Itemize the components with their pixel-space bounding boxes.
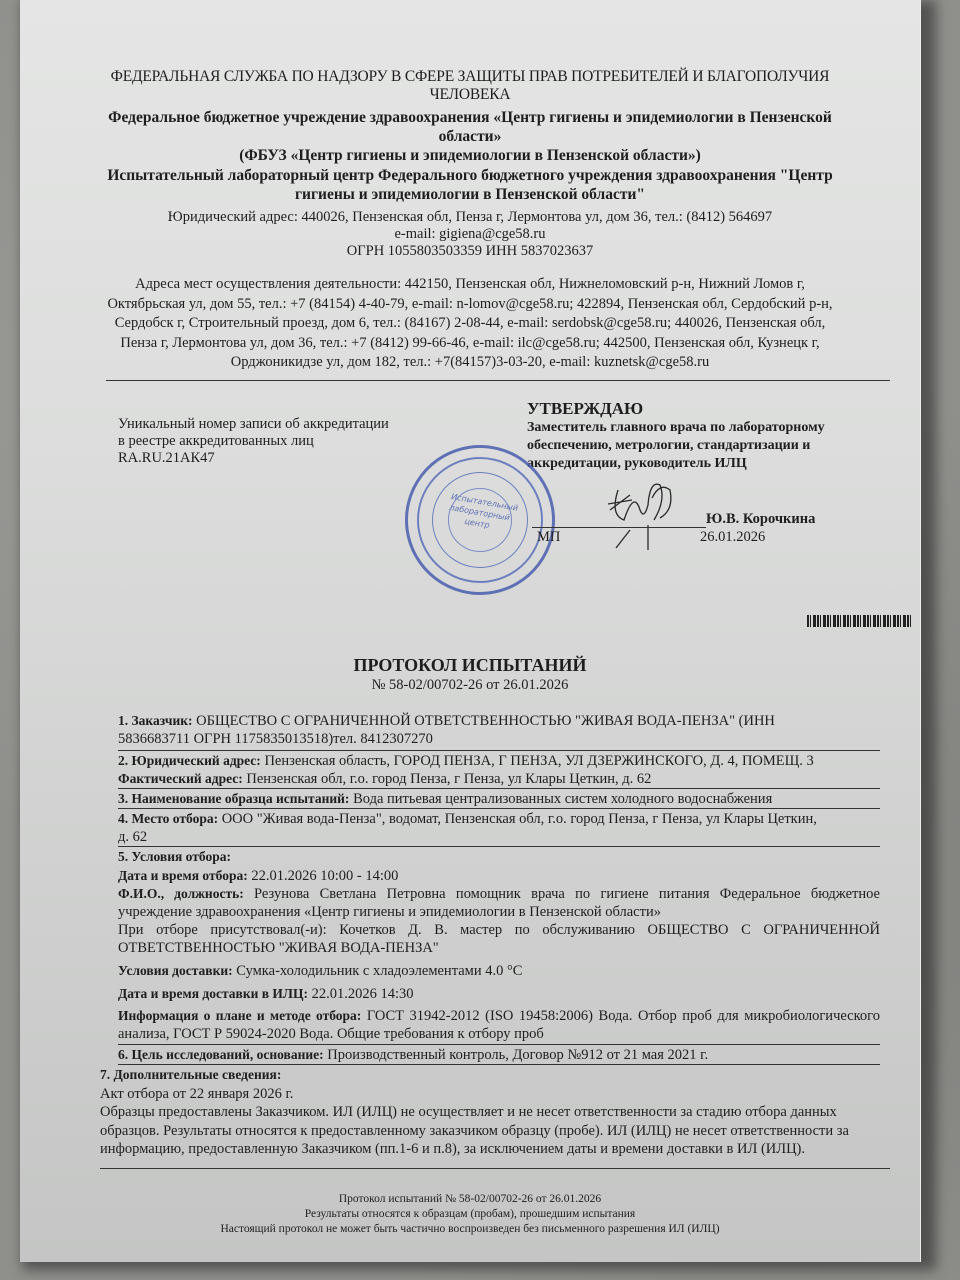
sample-value: Вода питьевая централизованных систем хо… xyxy=(353,791,772,807)
actual-address-label: Фактический адрес: xyxy=(118,771,243,786)
accreditation-line-2: в реестре аккредитованных лиц xyxy=(118,433,389,450)
sampling-datetime-label: Дата и время отбора: xyxy=(118,868,248,883)
activity-address-line: Октябрьская ул, дом 55, тел.: +7 (84154)… xyxy=(20,295,920,315)
agency-header: ФЕДЕРАЛЬНАЯ СЛУЖБА ПО НАДЗОРУ В СФЕРЕ ЗА… xyxy=(20,68,920,104)
sample-label: 3. Наименование образца испытаний: xyxy=(118,791,349,806)
institution-short: (ФБУЗ «Центр гигиены и эпидемиологии в П… xyxy=(20,146,920,165)
email: e-mail: gigiena@cge58.ru xyxy=(20,226,920,243)
section-actual-address: Фактический адрес: Пензенская обл, г.о. … xyxy=(118,770,880,788)
footer-line-1: Протокол испытаний № 58-02/00702-26 от 2… xyxy=(20,1192,920,1207)
activity-address-line: Орджоникидзе ул, дом 182, тел.: +7(84157… xyxy=(20,353,920,373)
customer-label: 1. Заказчик: xyxy=(118,713,193,728)
footer-line-3: Настоящий протокол не может быть частичн… xyxy=(20,1222,920,1237)
delivery-conditions-value: Сумка-холодильник с хладоэлементами 4.0 … xyxy=(236,963,522,979)
protocol-number: № 58-02/00702-26 от 26.01.2026 xyxy=(20,677,920,694)
institution-line-2: области» xyxy=(20,127,920,146)
stamp-mark: МП xyxy=(537,529,560,546)
sampling-plan-info: Информация о плане и методе отбора: ГОСТ… xyxy=(118,1007,880,1043)
delivery-datetime-label: Дата и время доставки в ИЛЦ: xyxy=(118,986,308,1001)
section-legal-address: 2. Юридический адрес: Пензенская область… xyxy=(118,752,880,770)
lab-header: Испытательный лабораторный центр Федерал… xyxy=(20,166,920,204)
legal-address-block: Юридический адрес: 440026, Пензенская об… xyxy=(20,209,920,260)
agency-line-1: ФЕДЕРАЛЬНАЯ СЛУЖБА ПО НАДЗОРУ В СФЕРЕ ЗА… xyxy=(20,68,920,86)
document-page: ФЕДЕРАЛЬНАЯ СЛУЖБА ПО НАДЗОРУ В СФЕРЕ ЗА… xyxy=(20,0,921,1262)
institution-header: Федеральное бюджетное учреждение здравоо… xyxy=(20,108,920,165)
activity-addresses: Адреса мест осуществления деятельности: … xyxy=(20,275,920,373)
delivery-datetime-value: 22.01.2026 14:30 xyxy=(312,986,414,1002)
accreditation-line-1: Уникальный номер записи об аккредитации xyxy=(118,416,389,433)
customer-value: ОБЩЕСТВО С ОГРАНИЧЕННОЙ ОТВЕТСТВЕННОСТЬЮ… xyxy=(196,713,775,729)
extra-label: 7. Дополнительные сведения: xyxy=(100,1067,281,1082)
institution-line-1: Федеральное бюджетное учреждение здравоо… xyxy=(20,108,920,127)
accreditation-block: Уникальный номер записи об аккредитации … xyxy=(118,416,389,467)
accreditation-number: RA.RU.21АК47 xyxy=(118,450,389,467)
delivery-datetime: Дата и время доставки в ИЛЦ: 22.01.2026 … xyxy=(118,985,880,1003)
section-customer: 1. Заказчик: ОБЩЕСТВО С ОГРАНИЧЕННОЙ ОТВ… xyxy=(118,712,880,748)
delivery-conditions-label: Условия доставки: xyxy=(118,963,233,978)
delivery-conditions: Условия доставки: Сумка-холодильник с хл… xyxy=(118,962,880,980)
present-persons: При отборе присутствовал(-и): Кочетков Д… xyxy=(118,921,880,957)
approval-date: 26.01.2026 xyxy=(700,529,765,546)
approval-title: УТВЕРЖДАЮ xyxy=(527,399,643,419)
approval-position-line: обеспечению, метрологии, стандартизации … xyxy=(527,437,825,455)
section-divider xyxy=(118,808,880,809)
section-sampling-place: 4. Место отбора: ООО "Живая вода-Пенза",… xyxy=(118,810,880,846)
approval-position-line: Заместитель главного врача по лабораторн… xyxy=(527,419,825,437)
section-purpose: 6. Цель исследований, основание: Произво… xyxy=(118,1046,880,1064)
section-divider xyxy=(118,1064,880,1065)
section-divider xyxy=(118,788,880,789)
agency-line-2: ЧЕЛОВЕКА xyxy=(20,86,920,104)
conditions-label: 5. Условия отбора: xyxy=(118,849,231,864)
extra-text: Образцы предоставлены Заказчиком. ИЛ (ИЛ… xyxy=(100,1103,890,1159)
extra-act: Акт отбора от 22 января 2026 г. xyxy=(100,1085,890,1104)
section-divider xyxy=(100,1168,890,1169)
legal-address-label: 2. Юридический адрес: xyxy=(118,753,261,768)
header-divider xyxy=(106,380,890,381)
signer-name: Ю.В. Корочкина xyxy=(706,511,815,528)
sampling-datetime: Дата и время отбора: 22.01.2026 10:00 - … xyxy=(118,867,880,885)
purpose-value: Производственный контроль, Договор №912 … xyxy=(327,1047,708,1063)
purpose-label: 6. Цель исследований, основание: xyxy=(118,1047,324,1062)
activity-address-line: Адреса мест осуществления деятельности: … xyxy=(20,275,920,295)
person-label: Ф.И.О., должность: xyxy=(118,886,244,901)
section-conditions: 5. Условия отбора: xyxy=(118,848,880,866)
legal-address-value: Пензенская область, ГОРОД ПЕНЗА, Г ПЕНЗА… xyxy=(264,753,813,769)
legal-address: Юридический адрес: 440026, Пензенская об… xyxy=(20,209,920,226)
lab-line-1: Испытательный лабораторный центр Федерал… xyxy=(20,166,920,185)
page-footer: Протокол испытаний № 58-02/00702-26 от 2… xyxy=(20,1192,920,1237)
section-additional-info: 7. Дополнительные сведения: Акт отбора о… xyxy=(100,1066,890,1159)
section-sample-name: 3. Наименование образца испытаний: Вода … xyxy=(118,790,880,808)
approval-position: Заместитель главного врача по лабораторн… xyxy=(527,419,825,473)
plan-label: Информация о плане и методе отбора: xyxy=(118,1008,361,1023)
signature-line xyxy=(532,527,706,528)
place-value: ООО "Живая вода-Пенза", водомат, Пензенс… xyxy=(222,811,817,827)
actual-address-value: Пензенская обл, г.о. город Пенза, г Пенз… xyxy=(246,771,651,787)
section-divider xyxy=(118,1044,880,1045)
section-divider xyxy=(118,846,880,847)
barcode-icon xyxy=(807,615,911,627)
customer-value-line-2: 5836683711 ОГРН 1175835013518)тел. 84123… xyxy=(118,730,880,748)
place-label: 4. Место отбора: xyxy=(118,811,218,826)
signature-icon xyxy=(590,470,700,550)
footer-line-2: Результаты относятся к образцам (пробам)… xyxy=(20,1207,920,1222)
protocol-title: ПРОТОКОЛ ИСПЫТАНИЙ xyxy=(20,655,920,676)
activity-address-line: Пенза г, Лермонтова ул, дом 36, тел.: +7… xyxy=(20,334,920,354)
ogrn-inn: ОГРН 1055803503359 ИНН 5837023637 xyxy=(20,243,920,260)
place-value-line-2: д. 62 xyxy=(118,828,880,846)
lab-line-2: гигиены и эпидемиологии в Пензенской обл… xyxy=(20,185,920,204)
sampling-datetime-value: 22.01.2026 10:00 - 14:00 xyxy=(251,868,398,884)
sampler-info: Ф.И.О., должность: Резунова Светлана Пет… xyxy=(118,885,880,957)
activity-address-line: Сердобск г, Строительный проезд, дом 6, … xyxy=(20,314,920,334)
section-divider xyxy=(118,750,880,751)
